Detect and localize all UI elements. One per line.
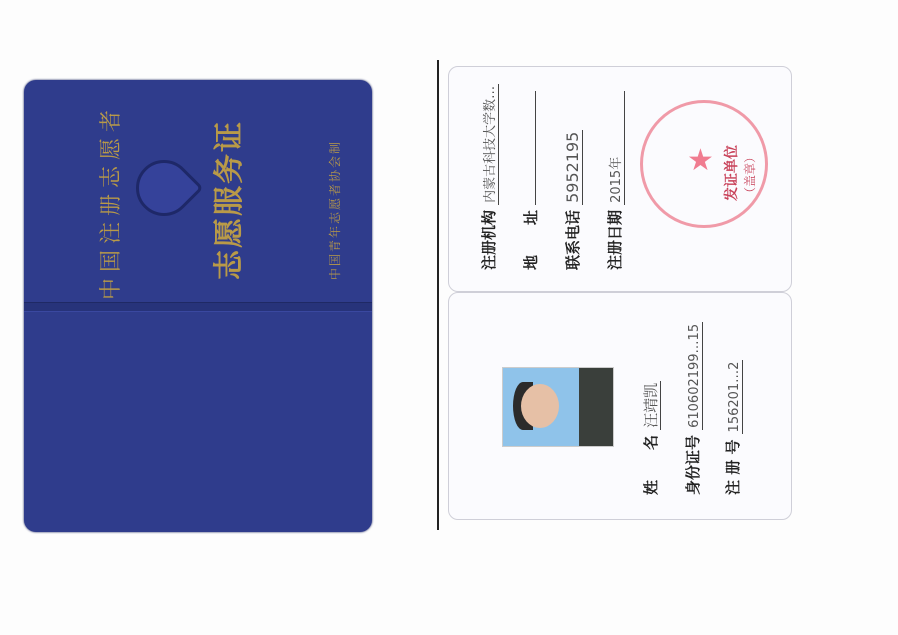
cover-maker: 中国青年志愿者协会制 (326, 140, 343, 280)
address-label: 地 址 (522, 210, 540, 270)
cover-title: 志愿服务证 (204, 120, 248, 280)
id-label: 身份证号 (684, 435, 702, 495)
org-row: 注册机构 内蒙古科技大学数… (478, 84, 499, 270)
address-row: 地 址 (520, 91, 541, 270)
reg-label: 注 册 号 (724, 440, 742, 495)
phone-row: 联系电话 5952195 (562, 130, 583, 270)
phone-label: 联系电话 (564, 210, 582, 270)
reg-value: 156201…2 (727, 360, 743, 435)
star-icon: ★ (687, 143, 714, 178)
org-label: 注册机构 (480, 210, 498, 270)
certificate-cover: 中国注册志愿者 志愿服务证 中国青年志愿者协会制 (24, 80, 372, 532)
date-value: 2015年 (605, 91, 625, 205)
id-photo (502, 367, 614, 447)
phone-value: 5952195 (563, 130, 583, 205)
id-value: 610602199…15 (687, 322, 703, 430)
name-value: 汪靖凯 (642, 381, 661, 430)
cover-arc-text: 中国注册志愿者 (94, 104, 125, 300)
address-value (535, 91, 536, 205)
official-seal: ★ 发证单位 （盖章） (640, 100, 768, 228)
name-label: 姓 名 (642, 435, 660, 495)
scan-divider (437, 60, 439, 530)
date-label: 注册日期 (606, 210, 624, 270)
id-row: 身份证号 610602199…15 (682, 322, 703, 495)
stamp-label: （盖章） (741, 151, 758, 199)
cover-fold (24, 302, 372, 312)
heart-hand-icon (124, 148, 203, 227)
date-row: 注册日期 2015年 (604, 91, 625, 270)
name-row: 姓 名 汪靖凯 (640, 381, 661, 495)
org-value: 内蒙古科技大学数… (483, 84, 499, 205)
issuer-label: 发证单位 (721, 145, 741, 201)
reg-row: 注 册 号 156201…2 (722, 360, 743, 495)
